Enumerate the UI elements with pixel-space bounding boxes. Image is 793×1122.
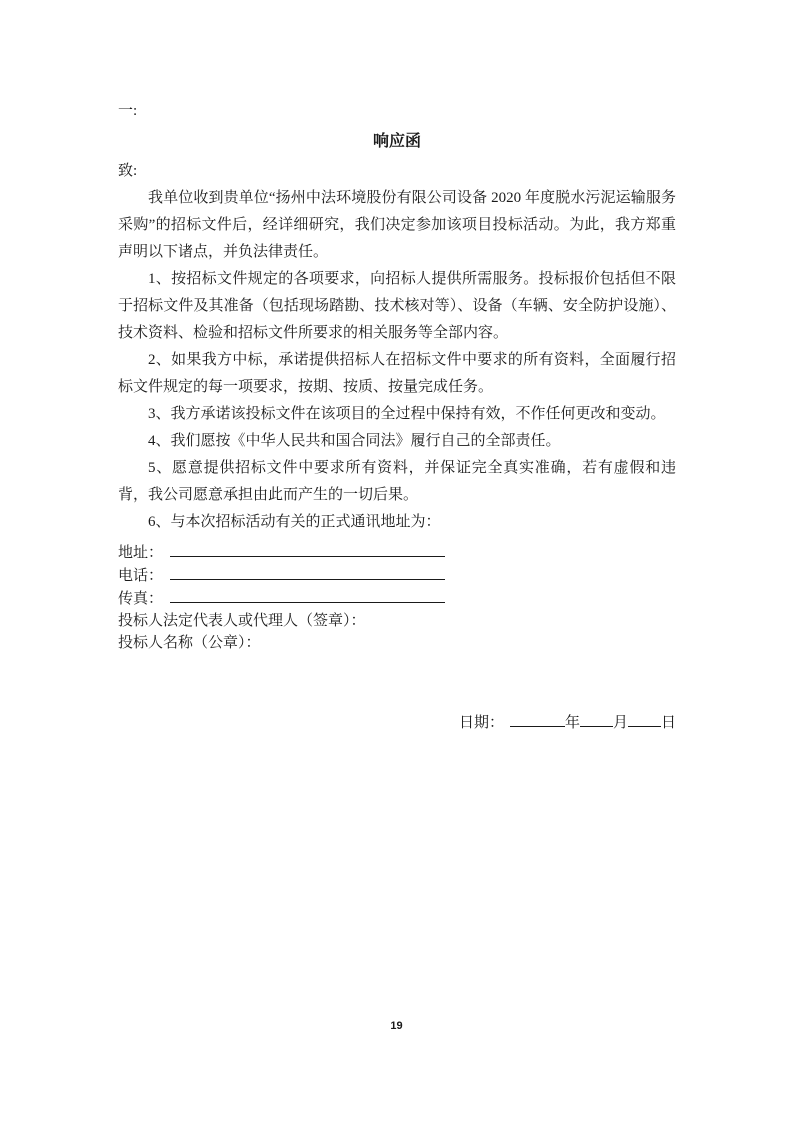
contact-section: 地址： 电话： 传真： 投标人法定代表人或代理人（签章）： 投标人名称（公章）： [118, 541, 676, 654]
item-5-paragraph: 5、愿意提供招标文件中要求所有资料，并保证完全真实准确，若有虚假和违背，我公司愿… [118, 455, 676, 509]
document-page: 一: 响应函 致: 我单位收到贵单位“扬州中法环境股份有限公司设备 2020 年… [0, 0, 793, 1122]
item-6-paragraph: 6、与本次招标活动有关的正式通讯地址为： [118, 509, 676, 536]
signatory-representative-line: 投标人法定代表人或代理人（签章）： [118, 610, 676, 632]
date-month-suffix: 月 [613, 715, 628, 731]
intro-paragraph: 我单位收到贵单位“扬州中法环境股份有限公司设备 2020 年度脱水污泥运输服务采… [118, 185, 676, 266]
date-label: 日期： [459, 715, 504, 731]
fax-label: 传真： [118, 588, 163, 610]
item-3-paragraph: 3、我方承诺该投标文件在该项目的全过程中保持有效，不作任何更改和变动。 [118, 401, 676, 428]
address-label: 地址： [118, 542, 163, 564]
address-fill-line [170, 541, 445, 557]
contact-row-address: 地址： [118, 541, 676, 564]
body-text: 我单位收到贵单位“扬州中法环境股份有限公司设备 2020 年度脱水污泥运输服务采… [118, 185, 676, 536]
salutation: 致: [118, 158, 676, 185]
item-1-paragraph: 1、按招标文件规定的各项要求，向招标人提供所需服务。投标报价包括但不限于招标文件… [118, 266, 676, 347]
contact-row-phone: 电话： [118, 564, 676, 587]
date-year-blank [510, 712, 565, 727]
date-year-suffix: 年 [565, 715, 580, 731]
phone-fill-line [170, 564, 445, 580]
contact-row-fax: 传真： [118, 587, 676, 610]
phone-label: 电话： [118, 565, 163, 587]
date-day-blank [628, 712, 661, 727]
date-month-blank [580, 712, 613, 727]
document-title: 响应函 [118, 128, 676, 155]
page-number: 19 [0, 1020, 793, 1032]
bidder-name-line: 投标人名称（公章）： [118, 632, 676, 654]
item-2-paragraph: 2、如果我方中标，承诺提供招标人在招标文件中要求的所有资料，全面履行招标文件规定… [118, 347, 676, 401]
section-heading-label: 一: [118, 98, 676, 125]
fax-fill-line [170, 587, 445, 603]
date-line: 日期：年月日 [118, 710, 676, 737]
item-4-paragraph: 4、我们愿按《中华人民共和国合同法》履行自己的全部责任。 [118, 428, 676, 455]
date-day-suffix: 日 [661, 715, 676, 731]
